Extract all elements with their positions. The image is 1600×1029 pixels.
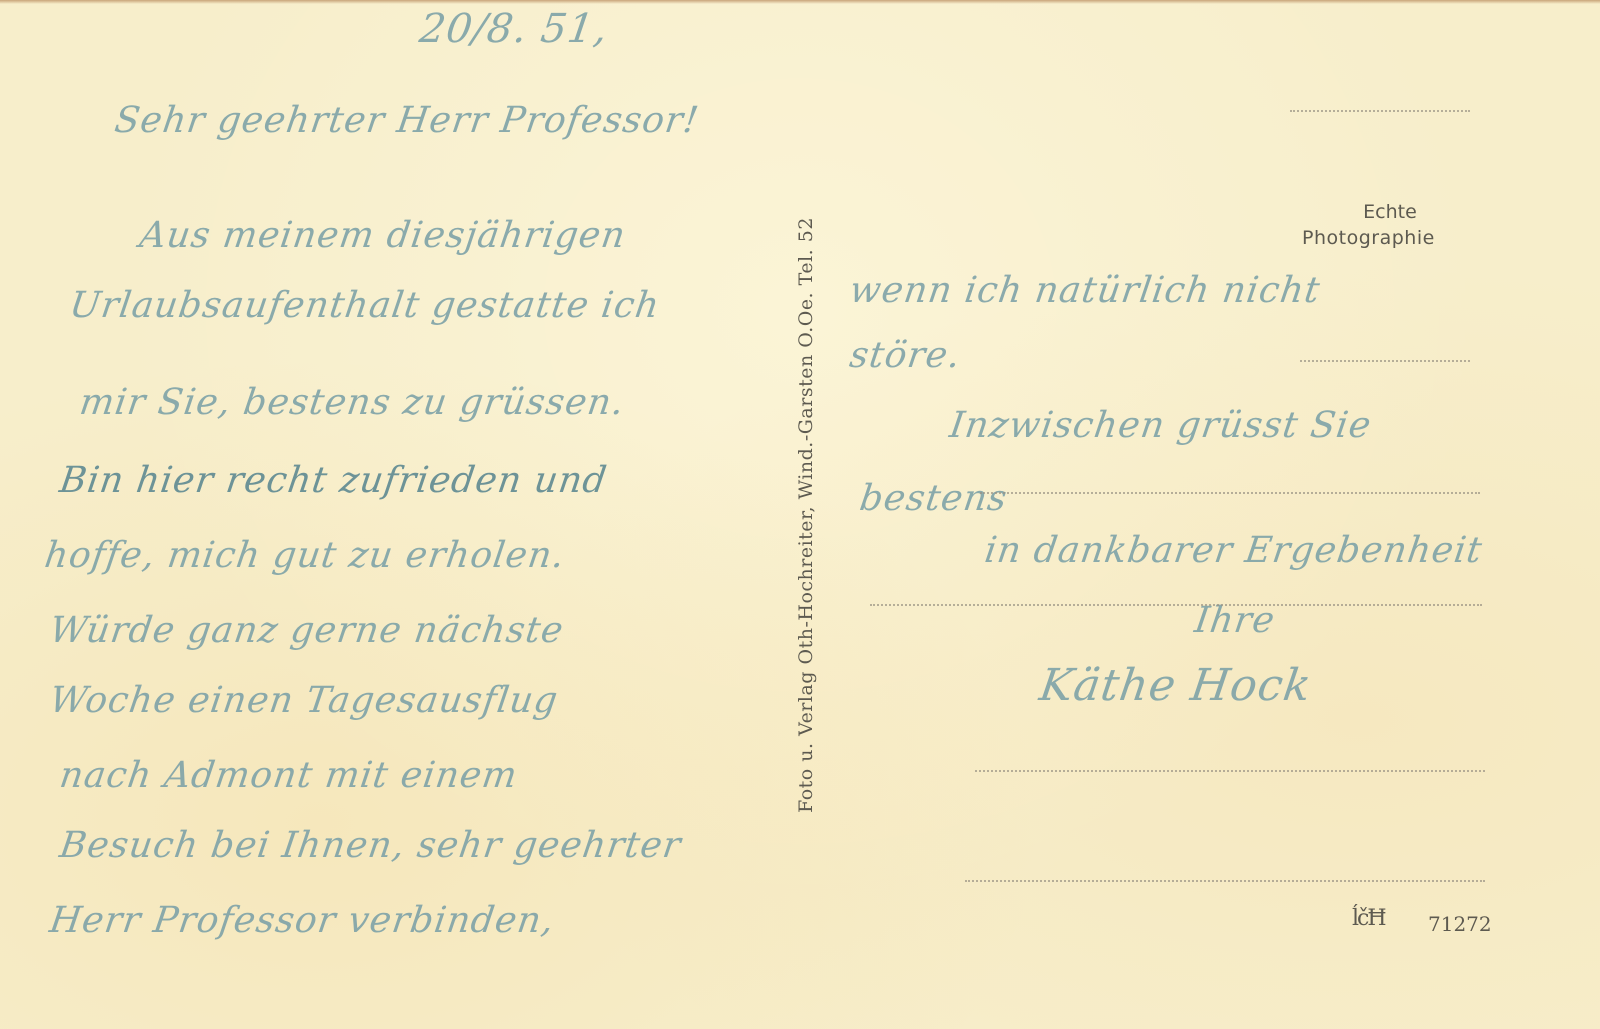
salutation: Sehr geehrter Herr Professor!: [112, 100, 702, 141]
publisher-imprint: Foto u. Verlag Oth-Hochreiter, Wind.-Gar…: [795, 217, 817, 813]
message-line: nach Admont mit einem: [57, 755, 520, 796]
message-line: Besuch bei Ihnen, sehr geehrter: [57, 825, 684, 866]
message-line: störe.: [847, 335, 963, 376]
message-line: Herr Professor verbinden,: [47, 900, 557, 941]
photo-label-line2: Photographie: [1302, 227, 1435, 249]
message-line: Urlaubsaufenthalt gestatte ich: [67, 285, 662, 326]
message-line: Bin hier recht zufrieden und: [57, 460, 610, 501]
photo-label-line1: Echte: [1330, 201, 1450, 223]
address-line: [975, 770, 1485, 772]
card-number: 71272: [1428, 912, 1492, 936]
message-line: hoffe, mich gut zu erholen.: [42, 535, 567, 576]
message-line: wenn ich natürlich nicht: [847, 270, 1323, 311]
message-line: Inzwischen grüsst Sie: [947, 405, 1374, 446]
message-line: mir Sie, bestens zu grüssen.: [77, 382, 627, 423]
message-line: Woche einen Tagesausflug: [47, 680, 561, 721]
postcard: 20/8. 51, Sehr geehrter Herr Professor! …: [0, 0, 1600, 1029]
message-line: bestens: [857, 478, 1010, 519]
address-line: [980, 492, 1480, 494]
message-line: Würde ganz gerne nächste: [47, 610, 566, 651]
address-line: [1300, 360, 1470, 362]
address-line: [965, 880, 1485, 882]
card-edge: [0, 0, 1600, 4]
publisher-logo: ĺčĦ: [1352, 906, 1385, 931]
message-line: Aus meinem diesjährigen: [137, 215, 628, 256]
address-line: [870, 604, 1482, 606]
closing-word: Ihre: [1192, 600, 1278, 641]
handwritten-date: 20/8. 51,: [417, 6, 611, 52]
message-line: in dankbarer Ergebenheit: [982, 530, 1485, 571]
signature: Käthe Hock: [1036, 660, 1314, 711]
stamp-area-line: [1290, 110, 1470, 112]
